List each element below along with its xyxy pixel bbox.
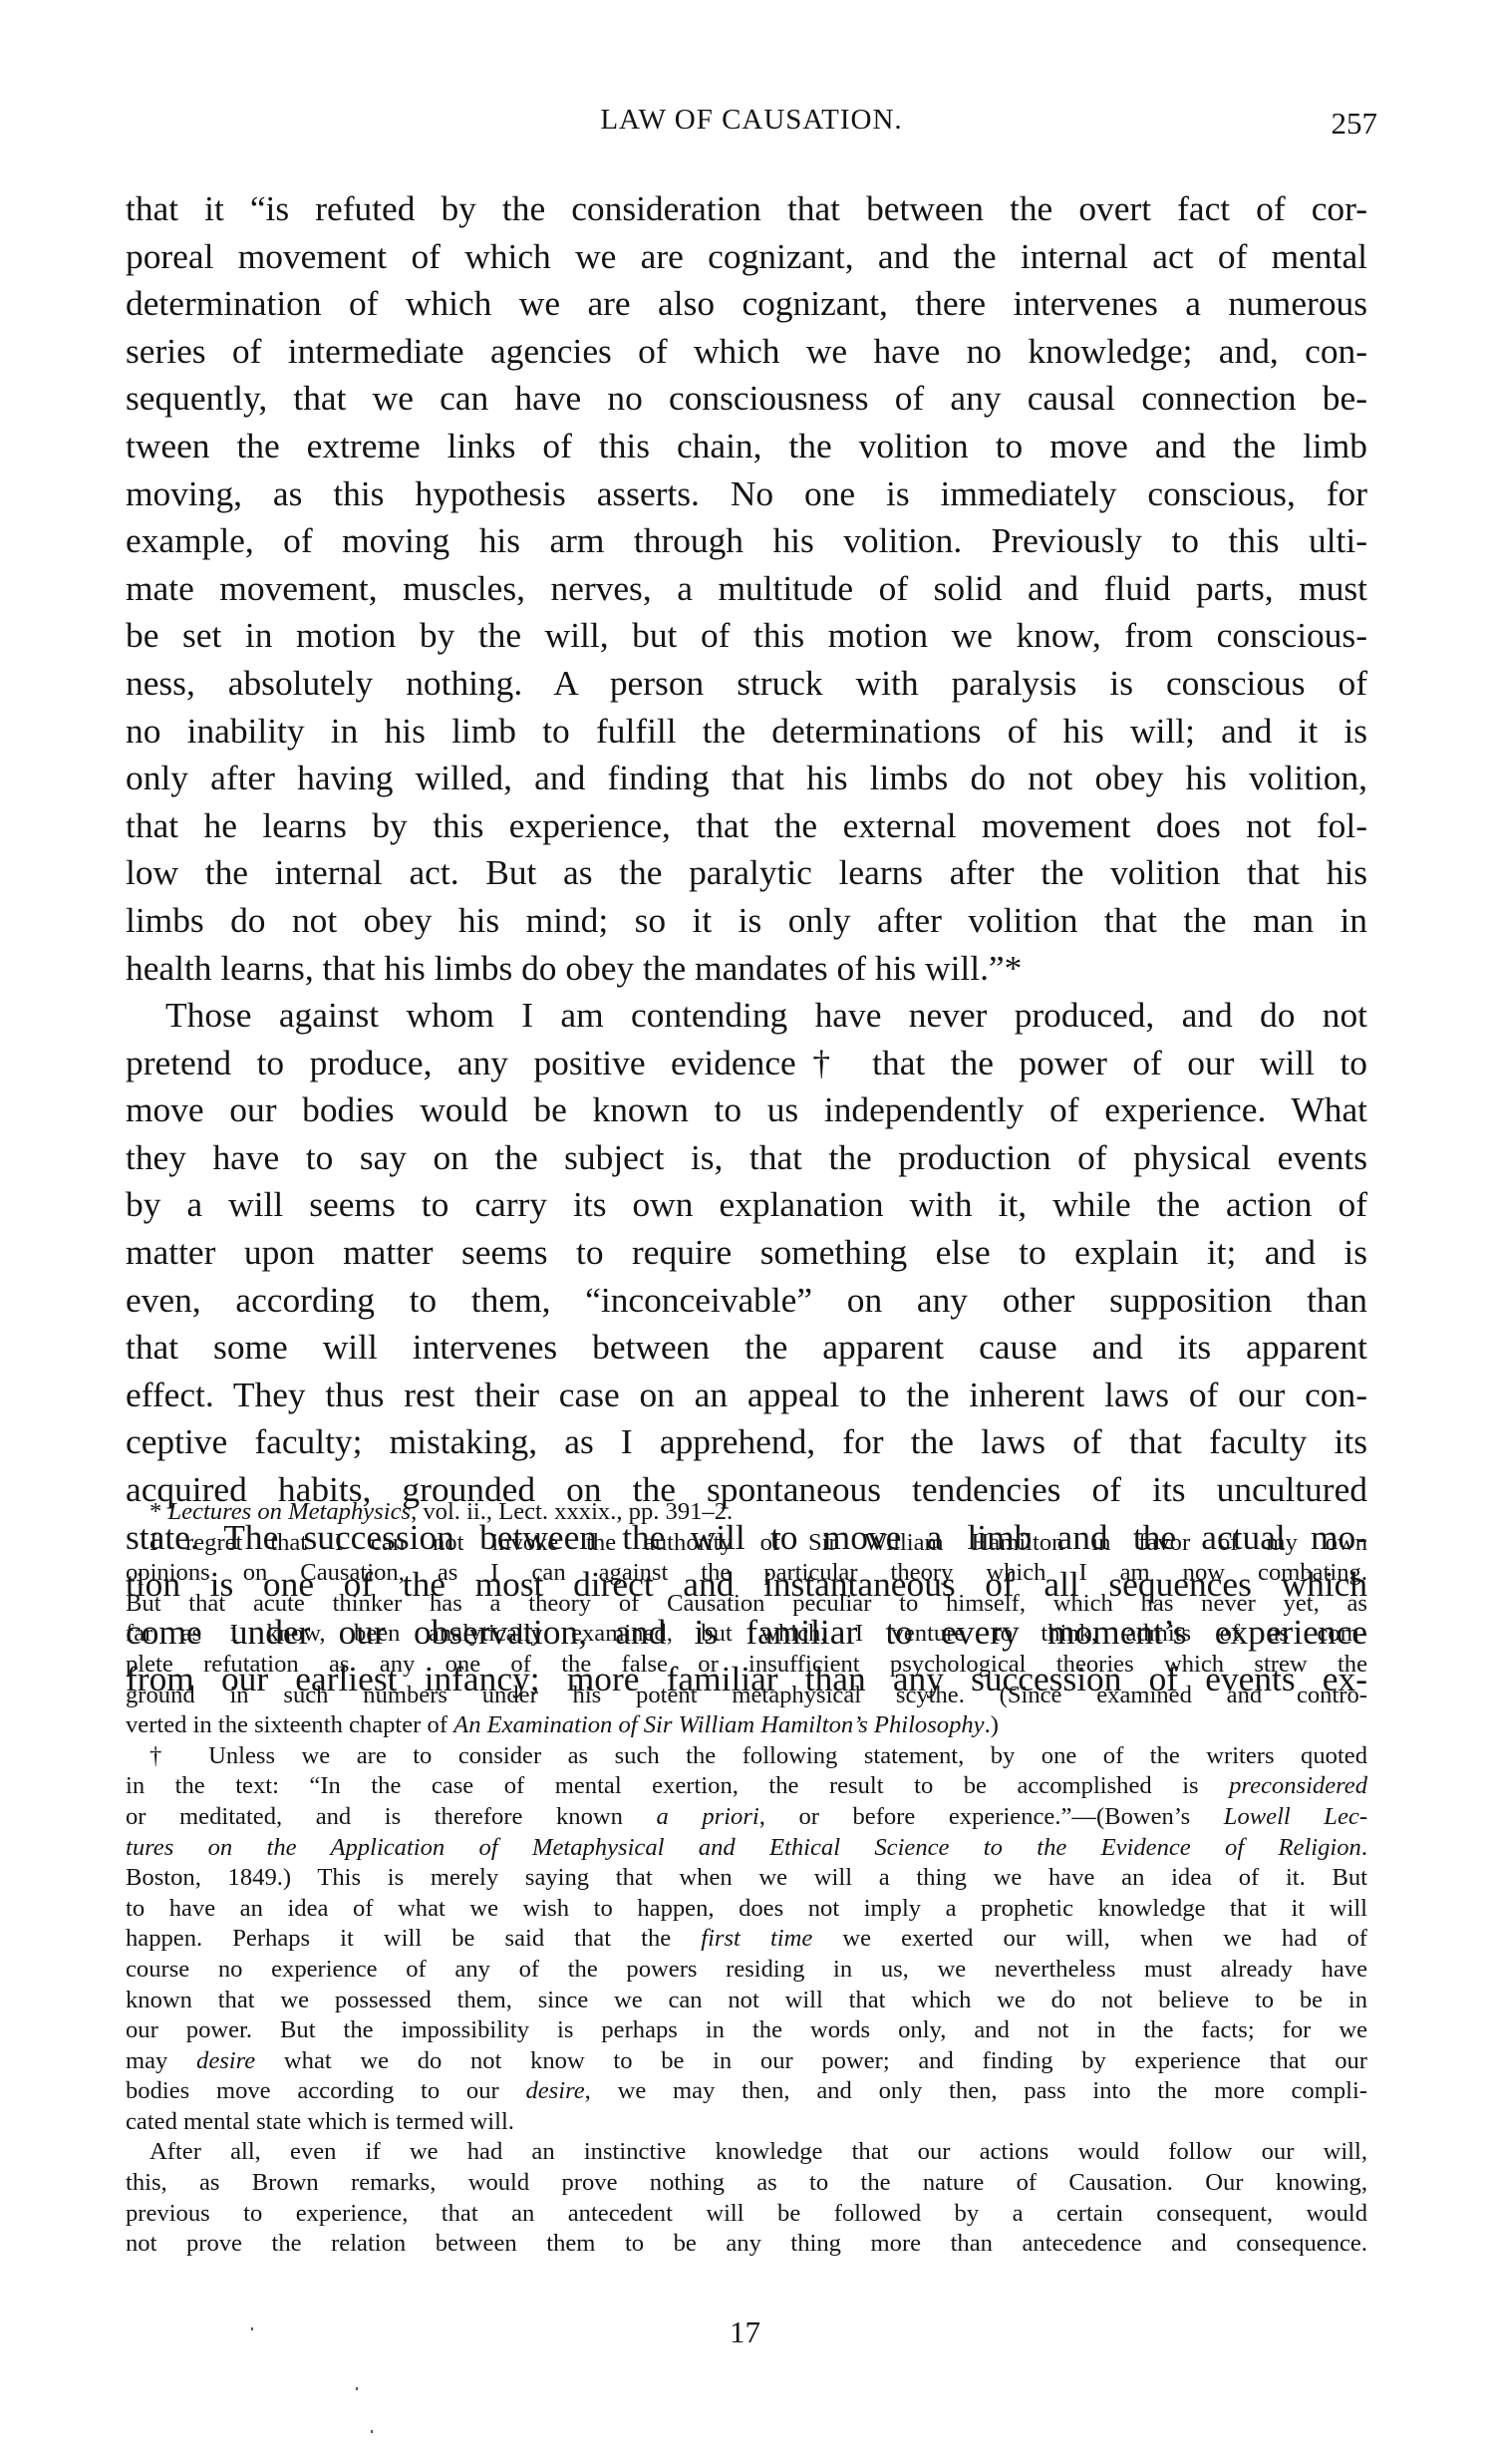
footnote-line: this, as Brown remarks, would prove noth…: [126, 2168, 1367, 2199]
footnote-line: cated mental state which is termed will.: [126, 2107, 1367, 2138]
footnote-star: * Lectures on Metaphysics, vol. ii., Lec…: [126, 1497, 1367, 1741]
text-line: only after having willed, and finding th…: [126, 755, 1367, 802]
page-header: LAW OF CAUSATION. 257: [126, 104, 1377, 144]
footnotes: * Lectures on Metaphysics, vol. ii., Lec…: [126, 1497, 1367, 2260]
footnote-line: bodies move according to our desire, we …: [126, 2076, 1367, 2107]
footnote-line: * Lectures on Metaphysics, vol. ii., Lec…: [126, 1497, 1367, 1528]
footnote-line: or meditated, and is therefore known a p…: [126, 1802, 1367, 1833]
footnote-line: known that we possessed them, since we c…: [126, 1986, 1367, 2016]
cited-title: An Examination of Sir William Hamilton’s…: [453, 1711, 984, 1738]
text-line: that it “is refuted by the consideration…: [126, 185, 1367, 233]
text-line: no inability in his limb to fulfill the …: [126, 708, 1367, 756]
paragraph-quote-continuation: that it “is refuted by the consideration…: [126, 185, 1367, 992]
footnote-line: our power. But the impossibility is perh…: [126, 2015, 1367, 2046]
text-line: series of intermediate agencies of which…: [126, 328, 1367, 376]
text-line: mate movement, muscles, nerves, a multit…: [126, 565, 1367, 613]
text-line: by a will seems to carry its own explana…: [126, 1181, 1367, 1229]
footnote-line: previous to experience, that an antecede…: [126, 2199, 1367, 2230]
footnote-line: tures on the Application of Metaphysical…: [126, 1833, 1367, 1864]
text-line: even, according to them, “inconceivable”…: [126, 1277, 1367, 1325]
footnote-line: ground in such numbers under his potent …: [126, 1681, 1367, 1711]
text-line: ceptive faculty; mistaking, as I apprehe…: [126, 1418, 1367, 1466]
footnote-line: verted in the sixteenth chapter of An Ex…: [126, 1710, 1367, 1741]
footnote-line: in the text: “In the case of mental exer…: [126, 1771, 1367, 1802]
text-line: that some will intervenes between the ap…: [126, 1324, 1367, 1372]
scan-speck: [251, 2327, 253, 2330]
footnote-line: happen. Perhaps it will be said that the…: [126, 1924, 1367, 1955]
footnote-line: far as I know, been analytically examine…: [126, 1619, 1367, 1650]
signature-mark: 17: [0, 2314, 1490, 2350]
text-line: moving, as this hypothesis asserts. No o…: [126, 470, 1367, 518]
text-line: low the internal act. But as the paralyt…: [126, 849, 1367, 897]
text-line: ness, absolutely nothing. A person struc…: [126, 660, 1367, 708]
text-line: limbs do not obey his mind; so it is onl…: [126, 897, 1367, 945]
text-line: matter upon matter seems to require some…: [126, 1229, 1367, 1277]
text-line: they have to say on the subject is, that…: [126, 1134, 1367, 1182]
text-line: be set in motion by the will, but of thi…: [126, 612, 1367, 660]
footnote-marker: *: [149, 1498, 161, 1525]
footnote-after-all: After all, even if we had an instinctive…: [126, 2137, 1367, 2259]
text-line: effect. They thus rest their case on an …: [126, 1372, 1367, 1419]
text-line: poreal movement of which we are cognizan…: [126, 233, 1367, 281]
footnote-dagger: † Unless we are to consider as such the …: [126, 1741, 1367, 2138]
cited-title: tures on the Application of Metaphysical…: [126, 1834, 1361, 1861]
cited-title: Lectures on Metaphysics: [167, 1498, 411, 1525]
main-text: that it “is refuted by the consideration…: [126, 185, 1367, 1703]
text-line: sequently, that we can have no conscious…: [126, 375, 1367, 423]
footnote-line: may desire what we do not know to be in …: [126, 2046, 1367, 2077]
footnote-line: plete refutation as any one of the false…: [126, 1650, 1367, 1681]
footnote-line: Boston, 1849.) This is merely saying tha…: [126, 1863, 1367, 1894]
text-line: determination of which we are also cogni…: [126, 280, 1367, 328]
footnote-line: After all, even if we had an instinctive…: [126, 2137, 1367, 2168]
running-title: LAW OF CAUSATION.: [126, 104, 1377, 137]
footnote-line: not prove the relation between them to b…: [126, 2229, 1367, 2260]
text-line: health learns, that his limbs do obey th…: [126, 945, 1367, 993]
page-number: 257: [1332, 106, 1378, 142]
scan-speck: [371, 2430, 373, 2433]
text-line: pretend to produce, any positive evidenc…: [126, 1040, 1367, 1087]
footnote-line: I regret that I can not invoke the autho…: [126, 1528, 1367, 1559]
footnote-line: But that acute thinker has a theory of C…: [126, 1589, 1367, 1620]
footnote-line: opinions on Causation, as I can against …: [126, 1558, 1367, 1589]
footnote-line: to have an idea of what we wish to happe…: [126, 1894, 1367, 1925]
scan-speck: [356, 2387, 358, 2390]
footnote-line: † Unless we are to consider as such the …: [126, 1741, 1367, 1772]
text-line: example, of moving his arm through his v…: [126, 517, 1367, 565]
text-line: tween the extreme links of this chain, t…: [126, 423, 1367, 470]
text-line: Those against whom I am contending have …: [126, 992, 1367, 1040]
text-line: that he learns by this experience, that …: [126, 802, 1367, 850]
text-line: move our bodies would be known to us ind…: [126, 1086, 1367, 1134]
footnote-line: course no experience of any of the power…: [126, 1955, 1367, 1986]
